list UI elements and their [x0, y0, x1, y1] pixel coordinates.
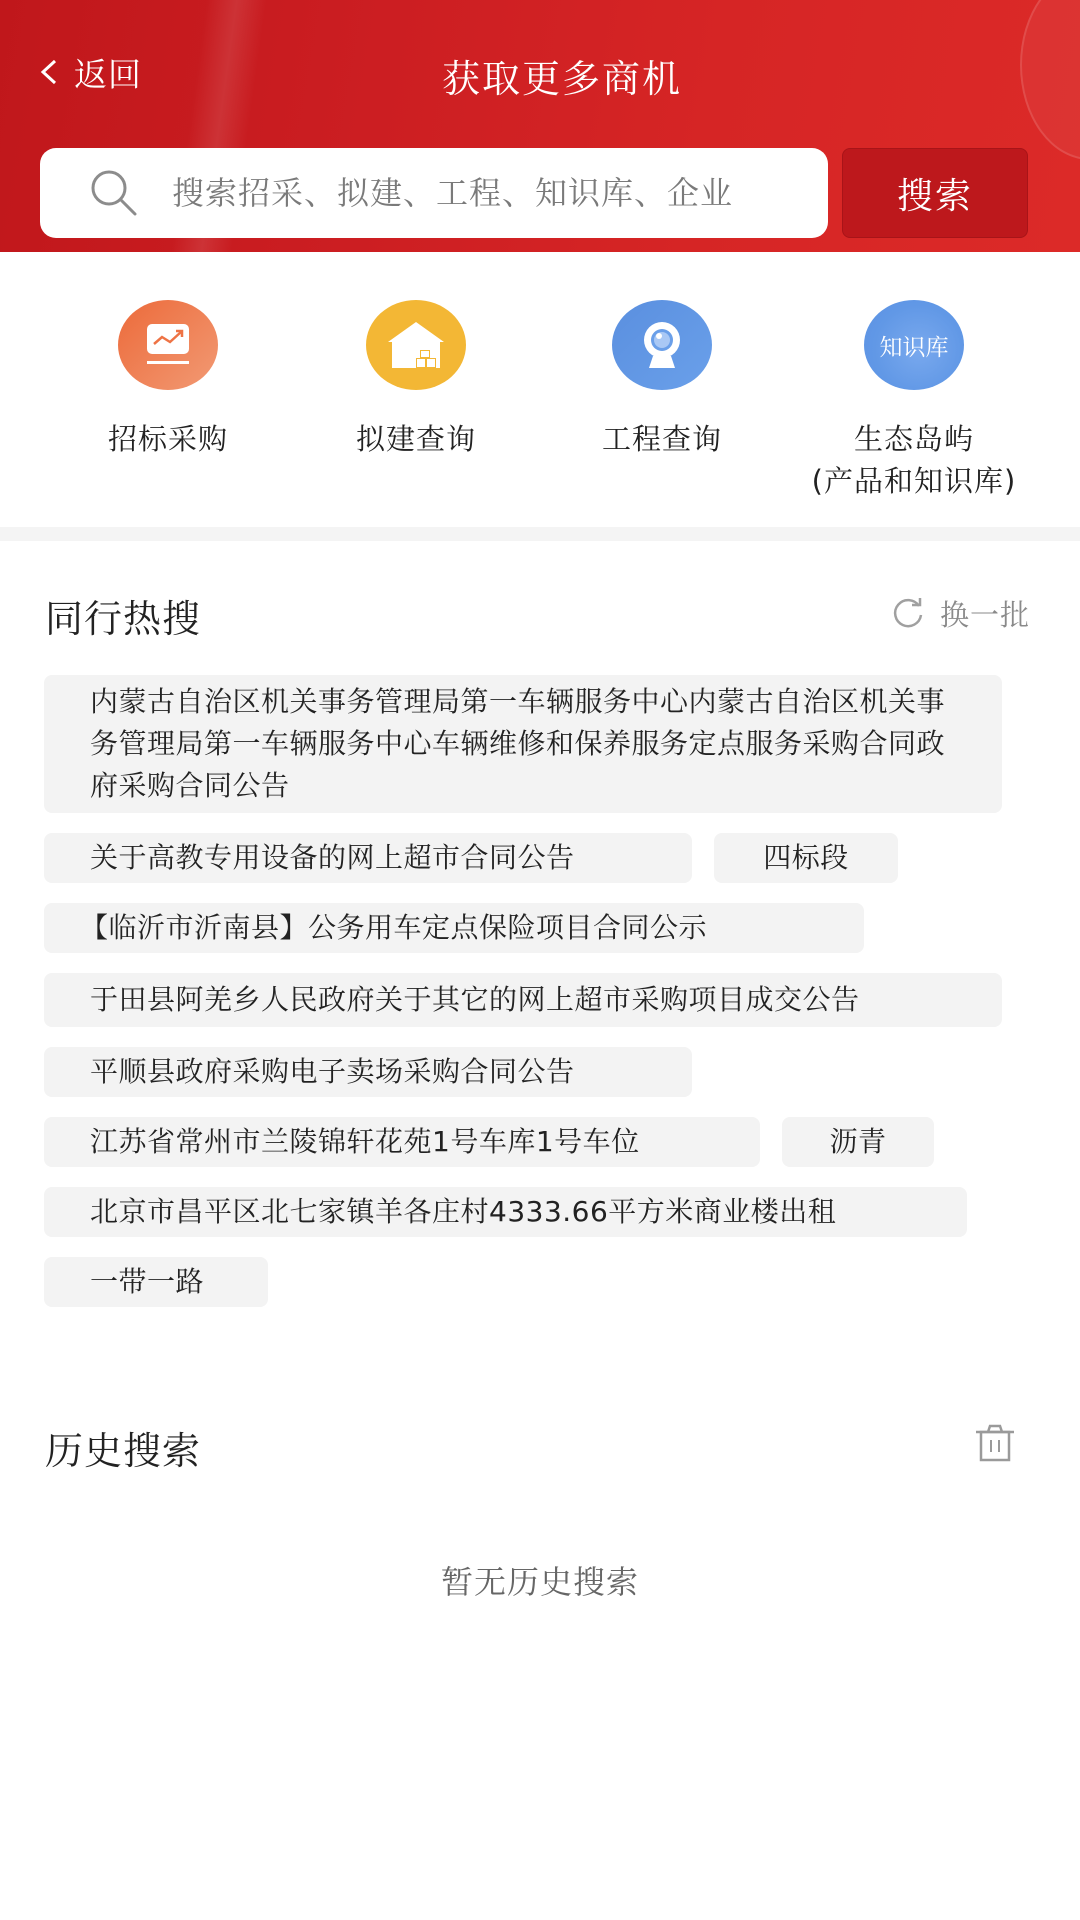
hot-search-tag[interactable]: 关于高教专用设备的网上超市合同公告 [44, 833, 692, 883]
hot-search-tags: 内蒙古自治区机关事务管理局第一车辆服务中心内蒙古自治区机关事务管理局第一车辆服务… [44, 675, 1024, 1307]
refresh-label: 换一批 [940, 593, 1030, 634]
camera-icon [612, 300, 712, 390]
trash-icon[interactable] [974, 1424, 1016, 1462]
hot-search-tag[interactable]: 江苏省常州市兰陵锦轩花苑1号车库1号车位 [44, 1117, 760, 1167]
hot-search-tag[interactable]: 一带一路 [44, 1257, 268, 1307]
entry-label: 招标采购 [108, 418, 228, 460]
search-icon [88, 167, 140, 219]
refresh-icon [890, 595, 926, 631]
quick-entry-grid: 招标采购 拟建查询 工程查询 知识库 [0, 252, 1080, 527]
warehouse-icon [366, 300, 466, 390]
entry-planned-construction[interactable]: 拟建查询 [296, 252, 536, 460]
entry-bidding-procurement[interactable]: 招标采购 [48, 252, 288, 460]
history-title: 历史搜索 [45, 1420, 201, 1475]
hot-search-tag[interactable]: 北京市昌平区北七家镇羊各庄村4333.66平方米商业楼出租 [44, 1187, 967, 1237]
hot-search-title: 同行热搜 [45, 588, 201, 643]
refresh-button[interactable]: 换一批 [890, 592, 1030, 634]
entry-label: 拟建查询 [356, 418, 476, 460]
entry-ecosystem-island[interactable]: 知识库 生态岛屿 (产品和知识库) [794, 252, 1034, 502]
entry-label-main: 生态岛屿 [812, 418, 1017, 460]
hot-search-tag[interactable]: 内蒙古自治区机关事务管理局第一车辆服务中心内蒙古自治区机关事务管理局第一车辆服务… [44, 675, 1002, 813]
hot-search-tag[interactable]: 于田县阿羌乡人民政府关于其它的网上超市采购项目成交公告 [44, 973, 1002, 1027]
search-input[interactable] [172, 174, 828, 212]
hot-search-tag[interactable]: 四标段 [714, 833, 898, 883]
hot-search-tag[interactable]: 沥青 [782, 1117, 934, 1167]
hot-search-tag[interactable]: 平顺县政府采购电子卖场采购合同公告 [44, 1047, 692, 1097]
history-empty-text: 暂无历史搜索 [0, 1557, 1080, 1603]
entry-label-sub: (产品和知识库) [812, 460, 1017, 502]
search-button[interactable]: 搜索 [842, 148, 1028, 238]
hot-search-tag[interactable]: 【临沂市沂南县】公务用车定点保险项目合同公示 [44, 903, 864, 953]
entry-label: 生态岛屿 (产品和知识库) [812, 418, 1017, 502]
page-title: 获取更多商机 [0, 48, 1080, 103]
entry-label: 工程查询 [602, 418, 722, 460]
header-bar: 返回 获取更多商机 搜索 [0, 0, 1080, 252]
search-box [40, 148, 828, 238]
section-divider [0, 527, 1080, 541]
knowledge-base-icon: 知识库 [864, 300, 964, 390]
trend-chart-icon [118, 300, 218, 390]
entry-project-query[interactable]: 工程查询 [542, 252, 782, 460]
